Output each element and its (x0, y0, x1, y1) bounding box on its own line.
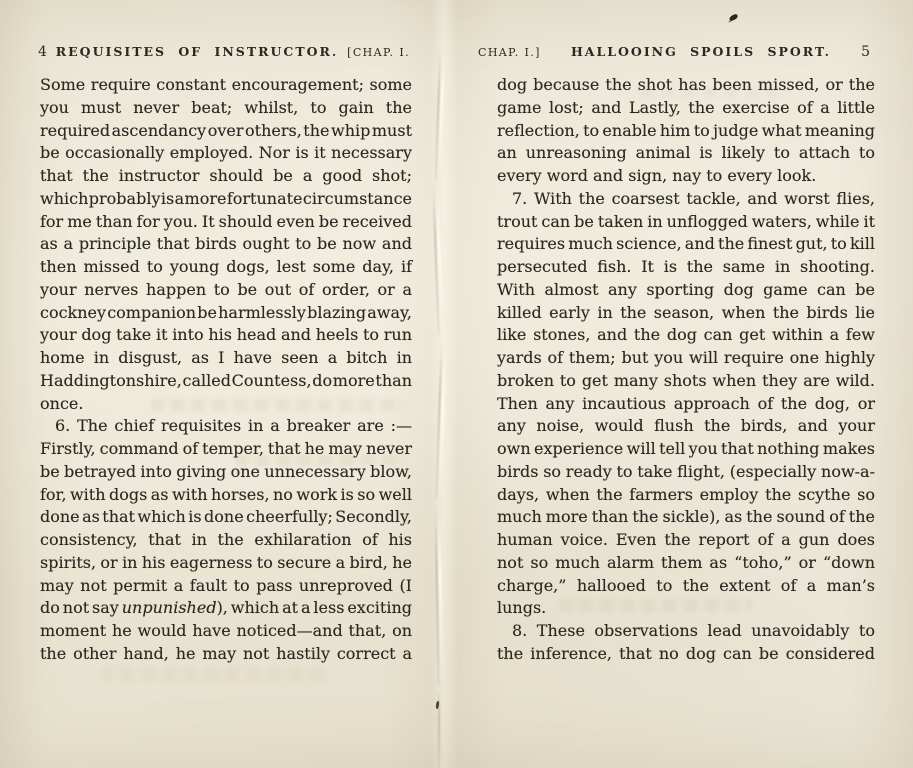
crease-line (435, 50, 442, 180)
right-page-text: dog because the shot has been missed, or… (497, 74, 875, 666)
text-line: days, when the farmers employ the scythe… (497, 484, 875, 507)
text-line: done as that which is done cheerfully; S… (40, 506, 412, 529)
text-line: then missed to young dogs, lest some day… (40, 256, 412, 279)
text-line: game lost; and Lastly, the exercise of a… (497, 97, 875, 120)
crease-highlight (436, 190, 444, 330)
text-line-paragraph-start: 7. With the coarsest tackle, and worst f… (497, 188, 875, 211)
text-line: Haddingtonshire, called Countess, do mor… (40, 370, 412, 393)
text-segment: ), which at a less exciting (217, 598, 412, 617)
crease-line (435, 340, 443, 500)
text-line: for, with dogs as with horses, no work i… (40, 484, 412, 507)
text-line: own experience will tell you that nothin… (497, 438, 875, 461)
crease-highlight (438, 55, 445, 175)
text-line-with-italic: do not say unpunished), which at a less … (40, 597, 412, 620)
text-line: as a principle that birds ought to be no… (40, 233, 412, 256)
text-line: moment he would have noticed—and that, o… (40, 620, 412, 643)
text-line: Then any incautious approach of the dog,… (497, 393, 875, 416)
text-line: consistency, that in the exhilaration of… (40, 529, 412, 552)
left-running-title: REQUISITES OF INSTRUCTOR. (56, 44, 339, 59)
right-page-number: 5 (861, 44, 870, 60)
text-line-paragraph-end: every word and sign, nay to every look. (497, 165, 875, 188)
text-line: required ascendancy over others, the whi… (40, 120, 412, 143)
text-line: much more than the sickle), as the sound… (497, 506, 875, 529)
text-line: your nerves happen to be out of order, o… (40, 279, 412, 302)
text-line: you must never beat; whilst, to gain the (40, 97, 412, 120)
left-page-text: Some require constant encouragement; som… (40, 74, 412, 666)
text-line: may not permit a fault to pass unreprove… (40, 575, 412, 598)
text-line: persecuted fish. It is the same in shoot… (497, 256, 875, 279)
book-scan: 4 REQUISITES OF INSTRUCTOR. [CHAP. I. CH… (0, 0, 913, 768)
text-line: trout can be taken in unflogged waters, … (497, 211, 875, 234)
left-page-number: 4 (38, 44, 47, 60)
text-line-paragraph-start: 8. These observations lead unavoidably t… (497, 620, 875, 643)
text-line: charge,” hallooed to the extent of a man… (497, 575, 875, 598)
text-line: cockney companion be harmlessly blazing … (40, 302, 412, 325)
text-line: home in disgust, as I have seen a bitch … (40, 347, 412, 370)
italic-word: unpunished (122, 598, 217, 617)
page-gutter-crease (424, 0, 462, 768)
text-line: Some require constant encouragement; som… (40, 74, 412, 97)
right-page-header: CHAP. I.] HALLOOING SPOILS SPORT. 5 (478, 44, 870, 60)
show-through-smudge (640, 88, 790, 98)
text-line: killed early in the season, when the bir… (497, 302, 875, 325)
right-running-title: HALLOOING SPOILS SPORT. (571, 44, 831, 59)
text-line: any noise, would flush the birds, and yo… (497, 415, 875, 438)
text-line: which probably is a more fortunate circu… (40, 188, 412, 211)
text-segment: do not say (40, 598, 122, 617)
crease-highlight (438, 510, 444, 680)
text-line: reflection, to enable him to judge what … (497, 120, 875, 143)
text-line: spirits, or in his eagerness to secure a… (40, 552, 412, 575)
text-line: With almost any sporting dog game can be (497, 279, 875, 302)
show-through-smudge (150, 399, 405, 411)
text-line: birds so ready to take flight, (especial… (497, 461, 875, 484)
text-line: yards of them; but you will require one … (497, 347, 875, 370)
text-line-paragraph-start: 6. The chief requisites in a breaker are… (40, 415, 412, 438)
text-line: requires much science, and the finest gu… (497, 233, 875, 256)
text-line: that the instructor should be a good sho… (40, 165, 412, 188)
text-line: an unreasoning animal is likely to attac… (497, 142, 875, 165)
crease-speck (435, 701, 439, 709)
crease-line (434, 505, 439, 685)
crease-highlight (438, 345, 446, 495)
show-through-smudge (100, 667, 330, 682)
text-line: broken to get many shots when they are w… (497, 370, 875, 393)
left-page-header: 4 REQUISITES OF INSTRUCTOR. [CHAP. I. (38, 44, 410, 60)
text-line: human voice. Even the report of a gun do… (497, 529, 875, 552)
left-chapter-label: [CHAP. I. (347, 46, 410, 59)
text-line: be occasionally employed. Nor is it nece… (40, 142, 412, 165)
ink-speck (728, 13, 738, 21)
text-line: the inference, that no dog can be consid… (497, 643, 875, 666)
text-line: like stones, and the dog can get within … (497, 324, 875, 347)
right-chapter-label: CHAP. I.] (478, 46, 541, 59)
show-through-smudge (235, 455, 405, 466)
crease-line (432, 185, 439, 335)
text-line: the other hand, he may not hastily corre… (40, 643, 412, 666)
text-line: your dog take it into his head and heels… (40, 324, 412, 347)
text-line: not so much alarm them as “toho,” or “do… (497, 552, 875, 575)
text-line: for me than for you. It should even be r… (40, 211, 412, 234)
show-through-smudge (558, 599, 753, 612)
